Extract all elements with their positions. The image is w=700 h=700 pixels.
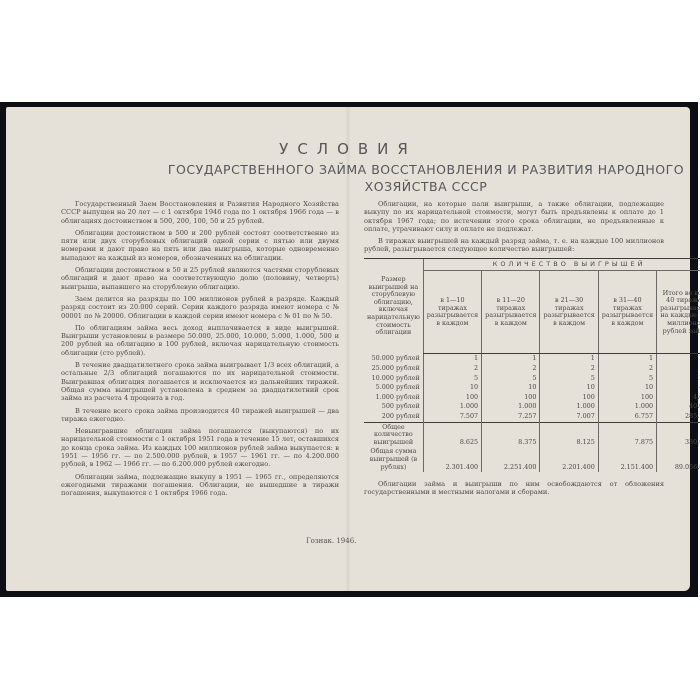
prize-count: 2	[540, 364, 598, 374]
table-row: 5.000 рублей10101010400	[364, 383, 700, 393]
table-row: 500 рублей1.0001.0001.0001.00040.000	[364, 402, 700, 412]
column-header: Итого во всех 40 тиражах разыгрывается н…	[657, 271, 700, 354]
prize-count: 1.000	[423, 402, 481, 412]
prize-count: 1	[423, 354, 481, 364]
prize-count: 2	[598, 364, 656, 374]
prize-label: 5.000 рублей	[364, 383, 423, 393]
prize-count: 200	[657, 374, 700, 384]
column-header: в 31—40 тиражах разыгрывается в каждом	[598, 271, 656, 354]
condition-paragraph: Облигации достоинством в 500 и 200 рубле…	[61, 229, 339, 262]
redemption-paragraph: Облигации, на которые пали выигрыши, а т…	[364, 200, 664, 233]
prize-count: 5	[540, 374, 598, 384]
table-row: 200 рублей7.5077.2577.0076.757285.280	[364, 412, 700, 422]
prize-count: 10	[482, 383, 540, 393]
prize-count: 80	[657, 364, 700, 374]
totals-value: 8.625	[423, 422, 481, 447]
right-column-conditions: Облигации, на которые пали выигрыши, а т…	[364, 200, 664, 501]
prize-label: 25.000 рублей	[364, 364, 423, 374]
totals-value: 330.000	[657, 422, 700, 447]
table-row: 50.000 рублей111140	[364, 354, 700, 364]
printer-imprint: Гознак. 1946.	[306, 537, 356, 545]
prize-count: 1.000	[482, 402, 540, 412]
totals-value: 2.201.400	[540, 447, 598, 472]
prize-count: 285.280	[657, 412, 700, 422]
prize-count: 100	[540, 393, 598, 403]
document-subtitle-line2: ХОЗЯЙСТВА СССР	[126, 179, 700, 194]
column-header: в 21—30 тиражах разыгрывается в каждом	[540, 271, 598, 354]
column-header: в 11—20 тиражах разыгрывается в каждом	[482, 271, 540, 354]
table-row: 10.000 рублей5555200	[364, 374, 700, 384]
prize-label: 1.000 рублей	[364, 393, 423, 403]
totals-value: 2.151.400	[598, 447, 656, 472]
tax-note: Облигации займа и выигрыши по ним освобо…	[364, 480, 664, 497]
prize-count: 7.257	[482, 412, 540, 422]
prize-count: 40.000	[657, 402, 700, 412]
totals-value: 2.251.400	[482, 447, 540, 472]
prize-count: 6.757	[598, 412, 656, 422]
prize-count: 100	[423, 393, 481, 403]
prize-count: 7.007	[540, 412, 598, 422]
column-header: в 1—10 тиражах разыгрывается в каждом	[423, 271, 481, 354]
condition-paragraph: По облигациям займа весь доход выплачива…	[61, 324, 339, 357]
prize-count: 100	[482, 393, 540, 403]
document-subtitle-line1: ГОСУДАРСТВЕННОГО ЗАЙМА ВОССТАНОВЛЕНИЯ И …	[126, 162, 700, 177]
document-title: УСЛОВИЯ	[6, 140, 690, 158]
prize-count: 5	[482, 374, 540, 384]
prize-count: 400	[657, 383, 700, 393]
totals-row: Общая сумма выигрышей (в рублях)2.301.40…	[364, 447, 700, 472]
totals-value: 8.375	[482, 422, 540, 447]
bond-reverse-sheet: УСЛОВИЯ ГОСУДАРСТВЕННОГО ЗАЙМА ВОССТАНОВ…	[6, 107, 690, 591]
totals-value: 89.056.000	[657, 447, 700, 472]
prize-label: 500 рублей	[364, 402, 423, 412]
totals-value: 7.875	[598, 422, 656, 447]
prize-count: 100	[598, 393, 656, 403]
prize-count: 10	[540, 383, 598, 393]
totals-label: Общее количество выигрышей	[364, 422, 423, 447]
prize-count: 5	[598, 374, 656, 384]
table-row: 1.000 рублей1001001001004.000	[364, 393, 700, 403]
totals-label: Общая сумма выигрышей (в рублях)	[364, 447, 423, 472]
prize-count: 10	[423, 383, 481, 393]
prize-count: 5	[423, 374, 481, 384]
totals-value: 8.125	[540, 422, 598, 447]
condition-paragraph: Заем делится на разряды по 100 миллионов…	[61, 295, 339, 320]
prize-count: 2	[423, 364, 481, 374]
prize-label: 50.000 рублей	[364, 354, 423, 364]
condition-paragraph: Невыигравшие облигации займа погашаются …	[61, 427, 339, 468]
prize-count: 1	[598, 354, 656, 364]
prize-count: 1.000	[598, 402, 656, 412]
condition-paragraph: В течение двадцатилетнего срока займа вы…	[61, 361, 339, 402]
left-column-conditions: Государственный Заем Восстановления и Ра…	[61, 200, 339, 502]
totals-value: 2.301.400	[423, 447, 481, 472]
prize-label: 10.000 рублей	[364, 374, 423, 384]
table-caption: КОЛИЧЕСТВО ВЫИГРЫШЕЙ	[423, 258, 700, 271]
condition-paragraph: Облигации достоинством в 50 и 25 рублей …	[61, 266, 339, 291]
totals-row: Общее количество выигрышей8.6258.3758.12…	[364, 422, 700, 447]
condition-paragraph: Государственный Заем Восстановления и Ра…	[61, 200, 339, 225]
winnings-table: Размер выигрышей на сторублевую облигаци…	[364, 258, 700, 472]
prize-count: 4.000	[657, 393, 700, 403]
condition-paragraph: В течение всего срока займа производится…	[61, 407, 339, 424]
prize-label: 200 рублей	[364, 412, 423, 422]
prize-count: 1	[540, 354, 598, 364]
prize-count: 7.507	[423, 412, 481, 422]
prize-count: 2	[482, 364, 540, 374]
prize-count: 1	[482, 354, 540, 364]
prize-count: 10	[598, 383, 656, 393]
table-row: 25.000 рублей222280	[364, 364, 700, 374]
row-header-cell: Размер выигрышей на сторублевую облигаци…	[364, 258, 423, 354]
prize-count: 1.000	[540, 402, 598, 412]
prize-count: 40	[657, 354, 700, 364]
condition-paragraph: Облигации займа, подлежащие выкупу в 195…	[61, 473, 339, 498]
draw-intro-paragraph: В тиражах выигрышей на каждый разряд зай…	[364, 237, 664, 254]
